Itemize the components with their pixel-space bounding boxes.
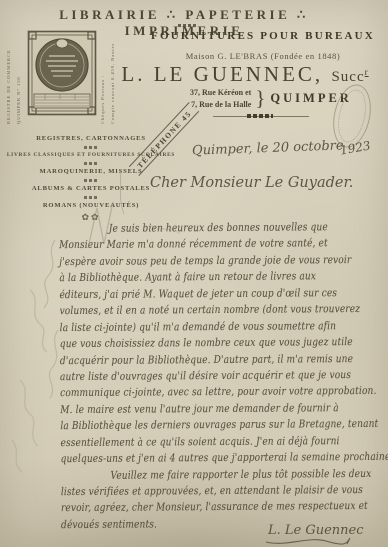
address-lines: 37, Rue Kéréon et 7, Rue de la Halle <box>190 87 251 110</box>
body-line: quelques-uns et j'en ai 4 autres que j'a… <box>61 449 328 467</box>
body-line: la liste ci-jointe) qu'il m'a demandé de… <box>60 318 327 336</box>
body-line: essentiellement à ce qu'ils soient acqui… <box>60 433 327 451</box>
fournitures-subtitle: FOURNITURES POUR BUREAUX <box>148 30 378 42</box>
letter-body: Je suis bien heureux des bonnes nouvelle… <box>59 219 383 534</box>
date-line: Quimper, le 20 octobre <box>192 138 344 158</box>
body-line: éditeurs, j'ai prié M. Waquet de jeter u… <box>59 285 326 303</box>
address-brace: } <box>255 86 265 111</box>
body-line: que vous choisissiez dans le nombre ceux… <box>60 334 327 352</box>
header-rule-ornament <box>213 116 309 117</box>
banner-ornament <box>178 24 198 27</box>
body-line: communique ci-jointe, avec sa lettre, po… <box>60 384 327 402</box>
scanned-letter-page: LIBRAIRIE ∴ PAPETERIE ∴ IMPRIMERIE FOURN… <box>0 0 388 547</box>
body-line: M. le maire est venu l'autre jour me dem… <box>60 400 327 418</box>
body-line: Monsieur Marie m'a donné récemment de vo… <box>59 236 326 254</box>
company-emblem <box>27 30 97 116</box>
body-line: volumes, et il en a noté un certain nomb… <box>59 301 326 319</box>
body-line: autre liste d'ouvrages qu'il désire voir… <box>60 367 327 385</box>
proprietor-name-main: L. LE GUENNEC, <box>121 62 323 86</box>
address-line-1: 37, Rue Kéréon et <box>190 87 251 99</box>
category-item: REGISTRES, CARTONNAGES <box>6 134 176 151</box>
category-item: ROMANS (NOUVEAUTÉS) <box>6 201 176 210</box>
registre-vertical-note: REGISTRE DE COMMERCE QUIMPER N° 158 <box>4 32 24 124</box>
address-line-2: 7, Rue de la Halle <box>190 99 251 111</box>
maison-line: Maison G. LE'BRAS (Fondée en 1848) <box>148 51 378 61</box>
cheques-vertical-note: Chèques Postaux : Compte courant 8.459, … <box>98 36 118 124</box>
body-line: revoir, agréez, cher Monsieur, l'assuran… <box>61 499 328 517</box>
body-line: listes vérifiées et approuvées, et, en a… <box>61 482 328 500</box>
salutation: Cher Monsieur Le Guyader. <box>150 175 353 191</box>
proprietor-name: L. LE GUENNEC, Succr <box>105 62 385 87</box>
category-item: LIVRES CLASSIQUES ET FOURNITURES SCOLAIR… <box>6 151 176 167</box>
category-list: REGISTRES, CARTONNAGESLIVRES CLASSIQUES … <box>6 134 176 210</box>
address-block: 37, Rue Kéréon et 7, Rue de la Halle } Q… <box>190 86 352 111</box>
body-line: à la Bibliothèque. Ayant à faire un reto… <box>59 269 326 287</box>
signature-flourish <box>264 533 354 547</box>
body-line: j'espère avoir sous peu de temps la gran… <box>59 252 326 270</box>
body-line: d'acquérir pour la Bibliothèque. D'autre… <box>60 351 327 369</box>
body-line: Veuillez me faire rapporter le plus tôt … <box>61 466 328 484</box>
body-line: la Bibliothèque les derniers ouvrages pa… <box>60 417 327 435</box>
proprietor-suffix: Succr <box>331 69 368 85</box>
body-line: Je suis bien heureux des bonnes nouvelle… <box>59 219 326 237</box>
